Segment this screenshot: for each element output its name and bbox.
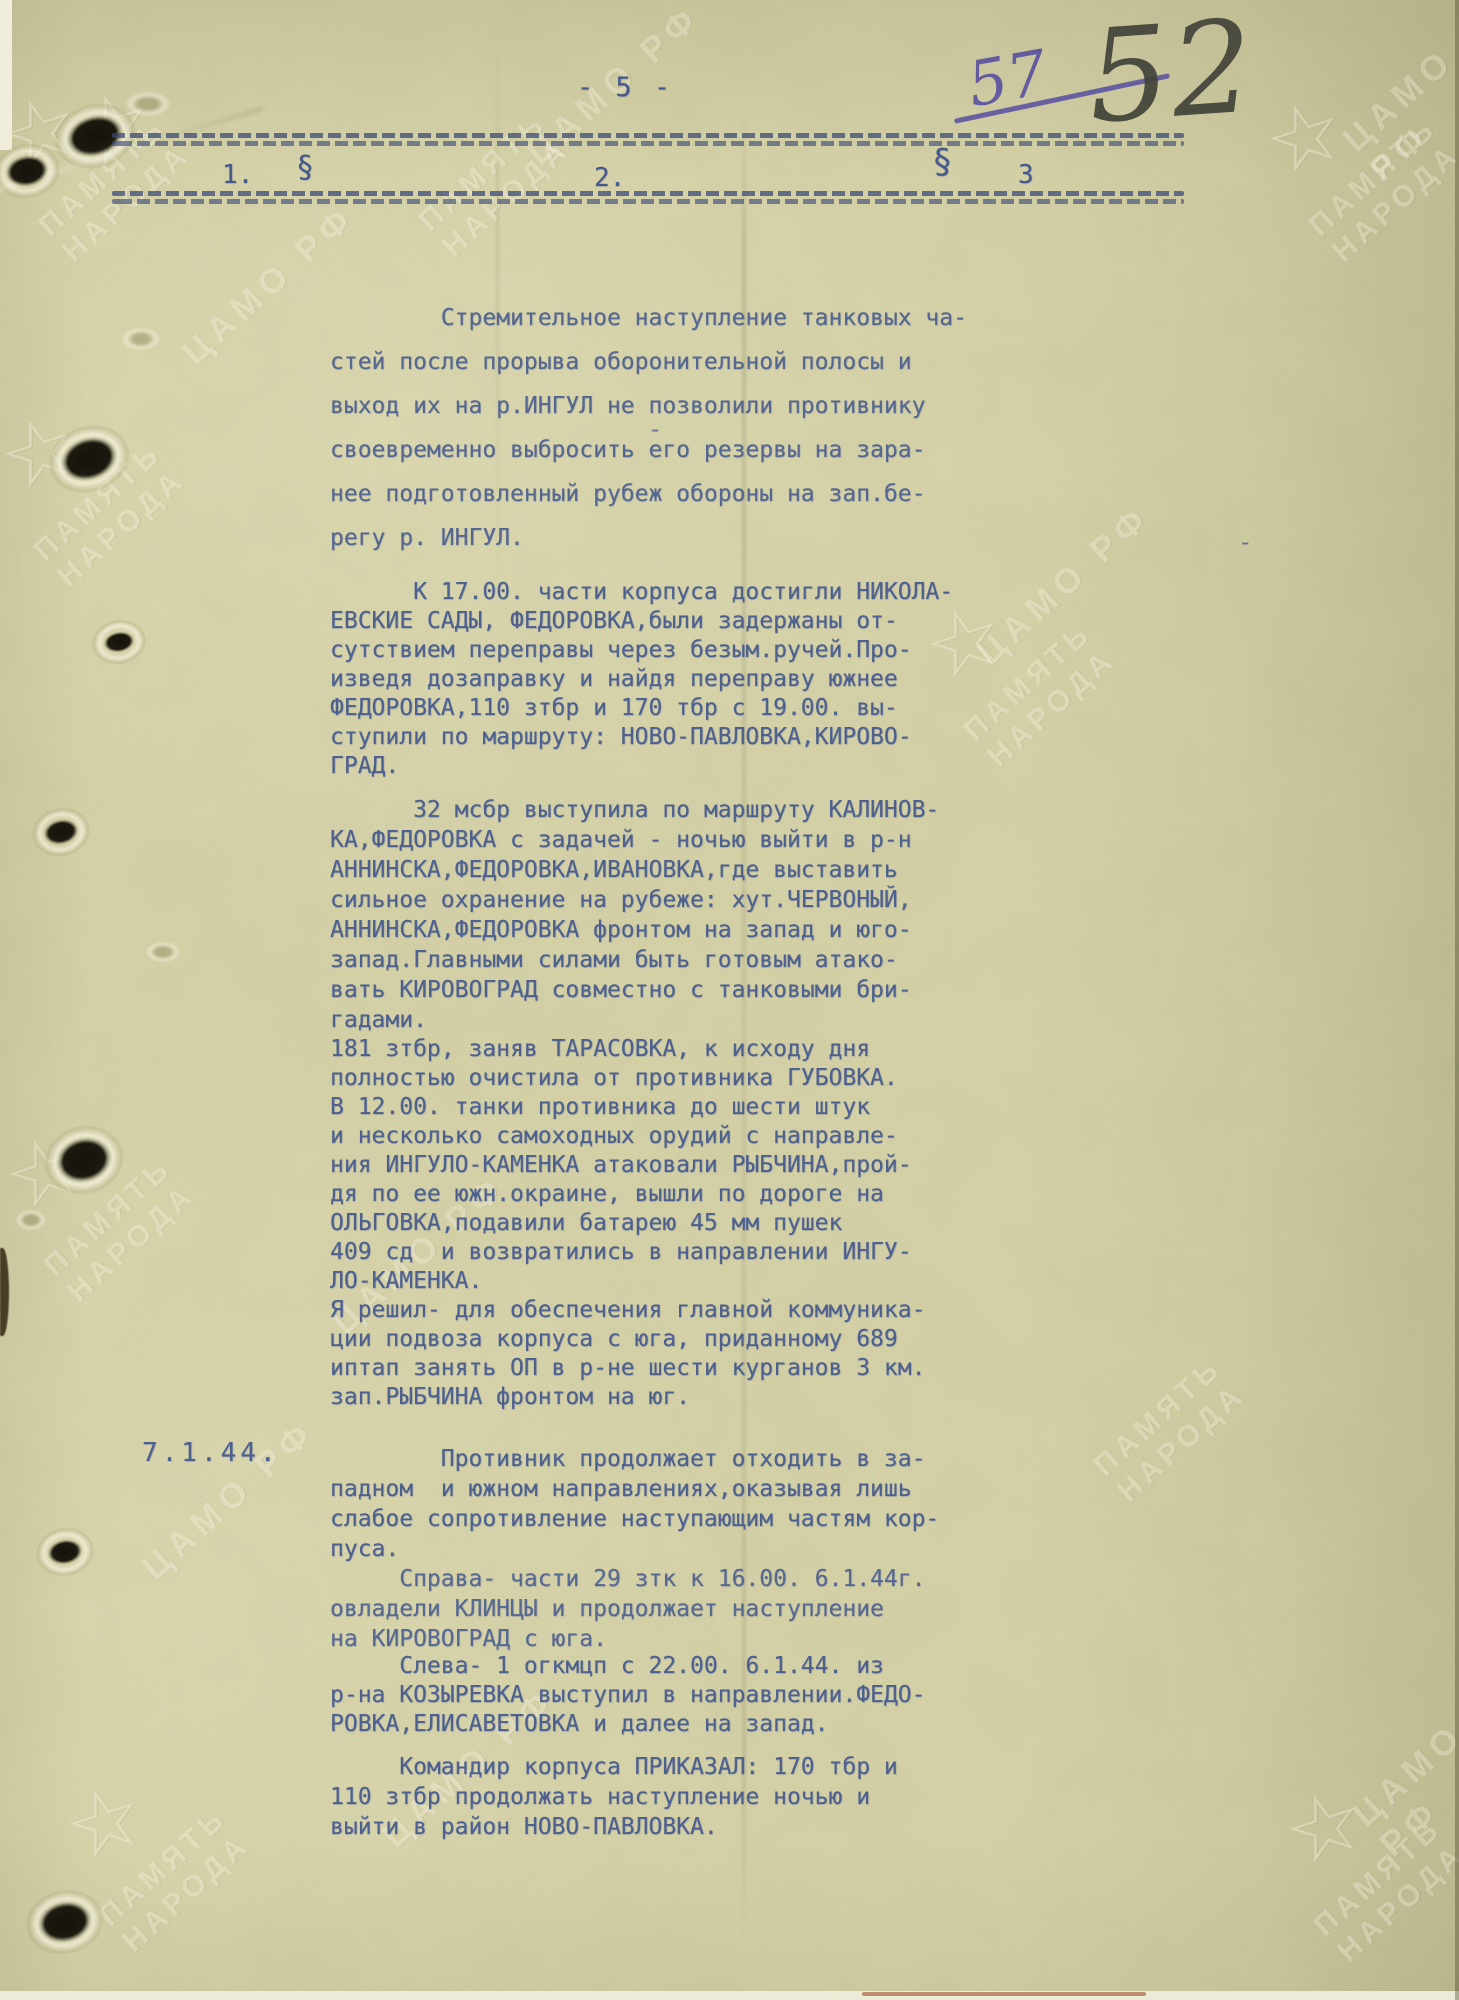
scan-edge-mark <box>862 1992 1146 1996</box>
column-header-1: 1. <box>222 160 253 190</box>
watermark-text: ПАМЯТЬ <box>1087 1351 1229 1484</box>
column-header-2: 2. <box>594 163 625 193</box>
typed-text-line: Слева- 1 огкмцп с 22.00. 6.1.44. из <box>330 1652 925 1681</box>
typed-text-line: АННИНСКА,ФЕДОРОВКА,ИВАНОВКА,где выставит… <box>330 855 939 885</box>
watermark-text: НАРОДА <box>1111 1377 1253 1510</box>
typed-text-line: нее подготовленный рубеж обороны на зап.… <box>330 472 967 516</box>
watermark-text: НАРОДА <box>1331 1837 1459 1970</box>
scan-edge <box>0 1991 1459 2000</box>
handwritten-page-number: 52 <box>1083 0 1260 153</box>
paragraph-right-neighbor: Справа- части 29 зтк к 16.00. 6.1.44г.ов… <box>330 1564 925 1654</box>
watermark-text: ПАМЯТЬ <box>1302 111 1444 244</box>
typed-text-line: Я решил- для обеспечения главной коммуни… <box>330 1296 925 1325</box>
watermark-pamyat-naroda: ПАМЯТЬ НАРОДА <box>1302 111 1459 270</box>
dashed-rule <box>112 191 1184 206</box>
scan-edge <box>0 0 12 150</box>
typed-text-line: запад.Главными силами быть готовым атако… <box>330 945 939 975</box>
typed-text-line: Командир корпуса ПРИКАЗАЛ: 170 тбр и <box>330 1752 898 1782</box>
punch-hole <box>46 1537 84 1567</box>
typed-text-line: своевременно выбросить его резервы на за… <box>330 428 967 472</box>
paragraph-commander-order: Командир корпуса ПРИКАЗАЛ: 170 тбр и110 … <box>330 1752 898 1842</box>
typed-text-line: 409 сд и возвратились в направлении ИНГУ… <box>330 1238 925 1267</box>
typed-text-line: К 17.00. части корпуса достигли НИКОЛА- <box>330 578 953 607</box>
typed-text-line: овладели КЛИНЦЫ и продолжает наступление <box>330 1594 925 1624</box>
typed-text-line: Стремительное наступление танковых ча- <box>330 296 967 340</box>
typed-text-line: Противник продолжает отходить в за- <box>330 1444 939 1474</box>
watermark-pamyat-naroda: ПАМЯТЬ НАРОДА <box>1307 1811 1459 1970</box>
paper-dent <box>126 92 170 116</box>
typed-text-line: сутствием переправы через безым.ручей.Пр… <box>330 636 953 665</box>
watermark-text: ПАМЯТЬ <box>92 1801 234 1934</box>
typed-text-line: р-на КОЗЫРЕВКА выступил в направлении.ФЕ… <box>330 1681 925 1710</box>
typed-text-line: и несколько самоходных орудий с направле… <box>330 1122 925 1151</box>
paper-dent <box>122 328 160 350</box>
watermark-text: НАРОДА <box>116 1827 258 1960</box>
watermark-text: НАРОДА <box>1326 137 1459 270</box>
typed-text-line: КА,ФЕДОРОВКА с задачей - ночью выйти в р… <box>330 825 939 855</box>
section-sign: § <box>296 150 314 185</box>
typed-text-line: РОВКА,ЕЛИСАВЕТОВКА и далее на запад. <box>330 1710 925 1739</box>
paragraph-32msbr-orders: 32 мсбр выступила по маршруту КАЛИНОВ-КА… <box>330 795 939 1035</box>
paper-dent <box>16 1210 46 1230</box>
punch-hole <box>102 630 135 655</box>
typed-text-line: зап.РЫБЧИНА фронтом на юг. <box>330 1383 925 1412</box>
typed-text-line: АННИНСКА,ФЕДОРОВКА фронтом на запад и юг… <box>330 915 939 945</box>
typed-text-line: падном и южном направлениях,оказывая лиш… <box>330 1474 939 1504</box>
watermark-text: НАРОДА <box>981 642 1123 775</box>
torn-paper-edge <box>0 1248 9 1336</box>
typed-text-line: ГРАД. <box>330 752 953 781</box>
scanned-document-page: ЦАМО РФ ЦАМО РФ ЦАМО РФ ЦАМО РФ ЦАМО РФ … <box>0 0 1459 2000</box>
paragraph-enemy-retreat: Противник продолжает отходить в за-падно… <box>330 1444 939 1564</box>
typed-text-line: слабое сопротивление наступающим частям … <box>330 1504 939 1534</box>
dashed-rule <box>112 133 1184 148</box>
star-icon: ☆ <box>51 1760 158 1882</box>
typed-text-line: ОЛЬГОВКА,подавили батарею 45 мм пушек <box>330 1209 925 1238</box>
watermark-text: ПАМЯТЬ <box>957 616 1099 749</box>
stray-mark: - <box>1238 528 1252 556</box>
margin-date: 7.1.44. <box>142 1438 280 1468</box>
column-header-3: 3 <box>1018 160 1034 190</box>
paper-dent <box>146 942 180 962</box>
paragraph-181ztbr-actions: 181 зтбр, заняв ТАРАСОВКА, к исходу дняп… <box>330 1035 925 1412</box>
typed-text-line: на КИРОВОГРАД с юга. <box>330 1624 925 1654</box>
typed-text-line: 181 зтбр, заняв ТАРАСОВКА, к исходу дня <box>330 1035 925 1064</box>
typed-text-line: пуса. <box>330 1534 939 1564</box>
page-number: - 5 - <box>540 72 710 103</box>
typed-text-line: иптап занять ОП в р-не шести курганов 3 … <box>330 1354 925 1383</box>
scan-edge <box>1455 0 1459 2000</box>
punch-hole <box>51 1132 116 1189</box>
watermark-text: НАРОДА <box>61 1177 203 1310</box>
watermark-pamyat-naroda: ПАМЯТЬ НАРОДА <box>1087 1351 1252 1510</box>
punch-hole <box>34 1897 95 1947</box>
punch-hole <box>42 817 80 848</box>
section-sign: § <box>932 142 952 182</box>
watermark-text: ПАМЯТЬ <box>412 106 554 239</box>
watermark-pamyat-naroda: ПАМЯТЬ НАРОДА <box>92 1801 257 1960</box>
typed-text-line: ции подвоза корпуса с юга, приданному 68… <box>330 1325 925 1354</box>
strike-through-line <box>954 73 1170 124</box>
typed-text-line: 32 мсбр выступила по маршруту КАЛИНОВ- <box>330 795 939 825</box>
star-icon: ☆ <box>1271 1765 1378 1887</box>
typed-text-line: ступили по маршруту: НОВО-ПАВЛОВКА,КИРОВ… <box>330 723 953 752</box>
typed-text-line: ЕВСКИЕ САДЫ, ФЕДОРОВКА,были задержаны от… <box>330 607 953 636</box>
typed-text-line: стей после прорыва оборонительной полосы… <box>330 340 967 384</box>
watermark-camo-rf: ЦАМО РФ <box>1336 40 1459 190</box>
typed-text-line: сильное охранение на рубеже: хут.ЧЕРВОНЫ… <box>330 885 939 915</box>
punch-hole <box>55 430 123 488</box>
typed-text-line: В 12.00. танки противника до шести штук <box>330 1093 925 1122</box>
typed-text-line: Справа- части 29 зтк к 16.00. 6.1.44г. <box>330 1564 925 1594</box>
typed-text-line: дя по ее южн.окраине, вышли по дороге на <box>330 1180 925 1209</box>
paragraph-1700-report: К 17.00. части корпуса достигли НИКОЛА-Е… <box>330 578 953 781</box>
watermark-text: ПАМЯТЬ <box>1307 1811 1449 1944</box>
typed-text-line: ния ИНГУЛО-КАМЕНКА атаковали РЫБЧИНА,про… <box>330 1151 925 1180</box>
punch-hole <box>4 153 51 190</box>
watermark-camo-rf: ЦАМО РФ <box>970 497 1159 673</box>
typed-text-line: ФЕДОРОВКА,110 зтбр и 170 тбр с 19.00. вы… <box>330 694 953 723</box>
typed-text-line: гадами. <box>330 1005 939 1035</box>
typed-text-line: полностью очистила от противника ГУБОВКА… <box>330 1064 925 1093</box>
typed-text-line: вать КИРОВОГРАД совместно с танковыми бр… <box>330 975 939 1005</box>
typed-text-line: ЛО-КАМЕНКА. <box>330 1267 925 1296</box>
typed-text-line: выход их на р.ИНГУЛ не позволили противн… <box>330 384 967 428</box>
watermark-camo-rf: ЦАМО РФ <box>1346 1715 1459 1865</box>
paragraph-left-neighbor: Слева- 1 огкмцп с 22.00. 6.1.44. изр-на … <box>330 1652 925 1739</box>
typed-text-line: выйти в район НОВО-ПАВЛОВКА. <box>330 1812 898 1842</box>
typed-text-line: изведя дозаправку и найдя переправу южне… <box>330 665 953 694</box>
typed-text-line: 110 зтбр продолжать наступление ночью и <box>330 1782 898 1812</box>
star-icon: ☆ <box>1251 75 1358 197</box>
typed-text-line: регу р. ИНГУЛ. <box>330 516 967 560</box>
paragraph-advance-description: Стремительное наступление танковых ча-ст… <box>330 296 967 560</box>
watermark-pamyat-naroda: ПАМЯТЬ НАРОДА <box>957 616 1122 775</box>
watermark-pamyat-naroda: ПАМЯТЬ НАРОДА <box>412 106 577 265</box>
